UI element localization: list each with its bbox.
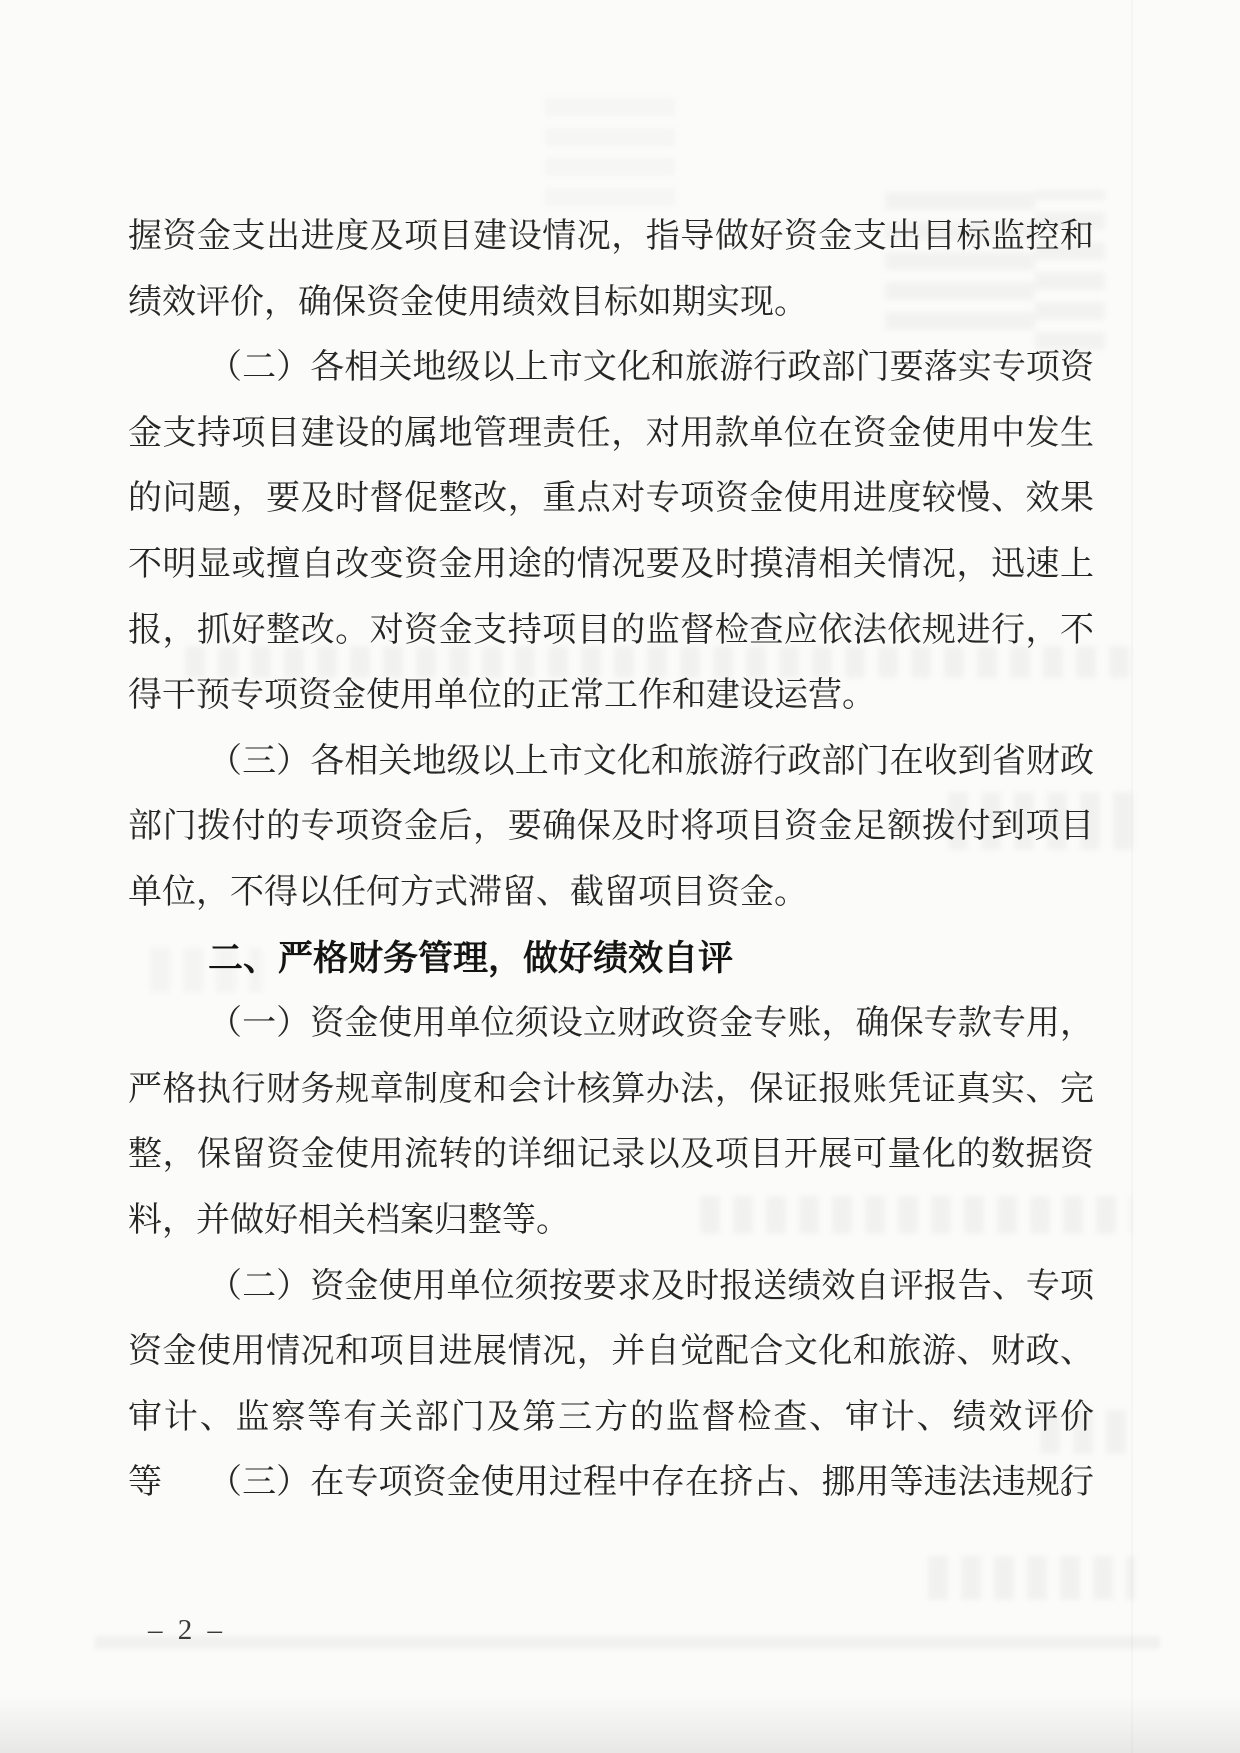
body-line: （一）资金使用单位须设立财政资金专账，确保专款专用， [128, 991, 1094, 1057]
body-line: （三）在专项资金使用过程中存在挤占、挪用等违法违规行 [128, 1450, 1094, 1516]
ink-bleedthrough-artifact [545, 88, 675, 206]
document-body: 握资金支出进度及项目建设情况，指导做好资金支出目标监控和 绩效评价，确保资金使用… [128, 204, 1094, 1516]
body-line: 资金使用情况和项目进展情况，并自觉配合文化和旅游、财政、 [128, 1319, 1094, 1385]
scan-seam-line [1131, 0, 1133, 1753]
body-line: 握资金支出进度及项目建设情况，指导做好资金支出目标监控和 [128, 204, 1094, 270]
body-line: （三）各相关地级以上市文化和旅游行政部门在收到省财政 [128, 729, 1094, 795]
body-line: 料，并做好相关档案归整等。 [128, 1188, 1094, 1254]
body-line: 的问题，要及时督促整改，重点对专项资金使用进度较慢、效果 [128, 466, 1094, 532]
section-heading: 二、严格财务管理，做好绩效自评 [128, 926, 1094, 992]
scan-streak-artifact [95, 1636, 1160, 1649]
scanned-document-page: 握资金支出进度及项目建设情况，指导做好资金支出目标监控和 绩效评价，确保资金使用… [0, 0, 1240, 1753]
body-line: （二）各相关地级以上市文化和旅游行政部门要落实专项资 [128, 335, 1094, 401]
body-line: 报，抓好整改。对资金支持项目的监督检查应依法依规进行，不 [128, 598, 1094, 664]
body-line: 整，保留资金使用流转的详细记录以及项目开展可量化的数据资 [128, 1122, 1094, 1188]
body-line: 绩效评价，确保资金使用绩效目标如期实现。 [128, 270, 1094, 336]
body-line: 金支持项目建设的属地管理责任，对用款单位在资金使用中发生 [128, 401, 1094, 467]
body-line: 严格执行财务规章制度和会计核算办法，保证报账凭证真实、完 [128, 1057, 1094, 1123]
scan-edge-shadow [0, 1695, 1240, 1753]
body-line: 审计、监察等有关部门及第三方的监督检查、审计、绩效评价等。 [128, 1385, 1094, 1451]
body-line: 单位，不得以任何方式滞留、截留项目资金。 [128, 860, 1094, 926]
body-line: （二）资金使用单位须按要求及时报送绩效自评报告、专项 [128, 1254, 1094, 1320]
body-line: 部门拨付的专项资金后，要确保及时将项目资金足额拨付到项目 [128, 794, 1094, 860]
body-line: 不明显或擅自改变资金用途的情况要及时摸清相关情况，迅速上 [128, 532, 1094, 598]
body-line: 得干预专项资金使用单位的正常工作和建设运营。 [128, 663, 1094, 729]
ink-bleedthrough-artifact [928, 1556, 1135, 1600]
